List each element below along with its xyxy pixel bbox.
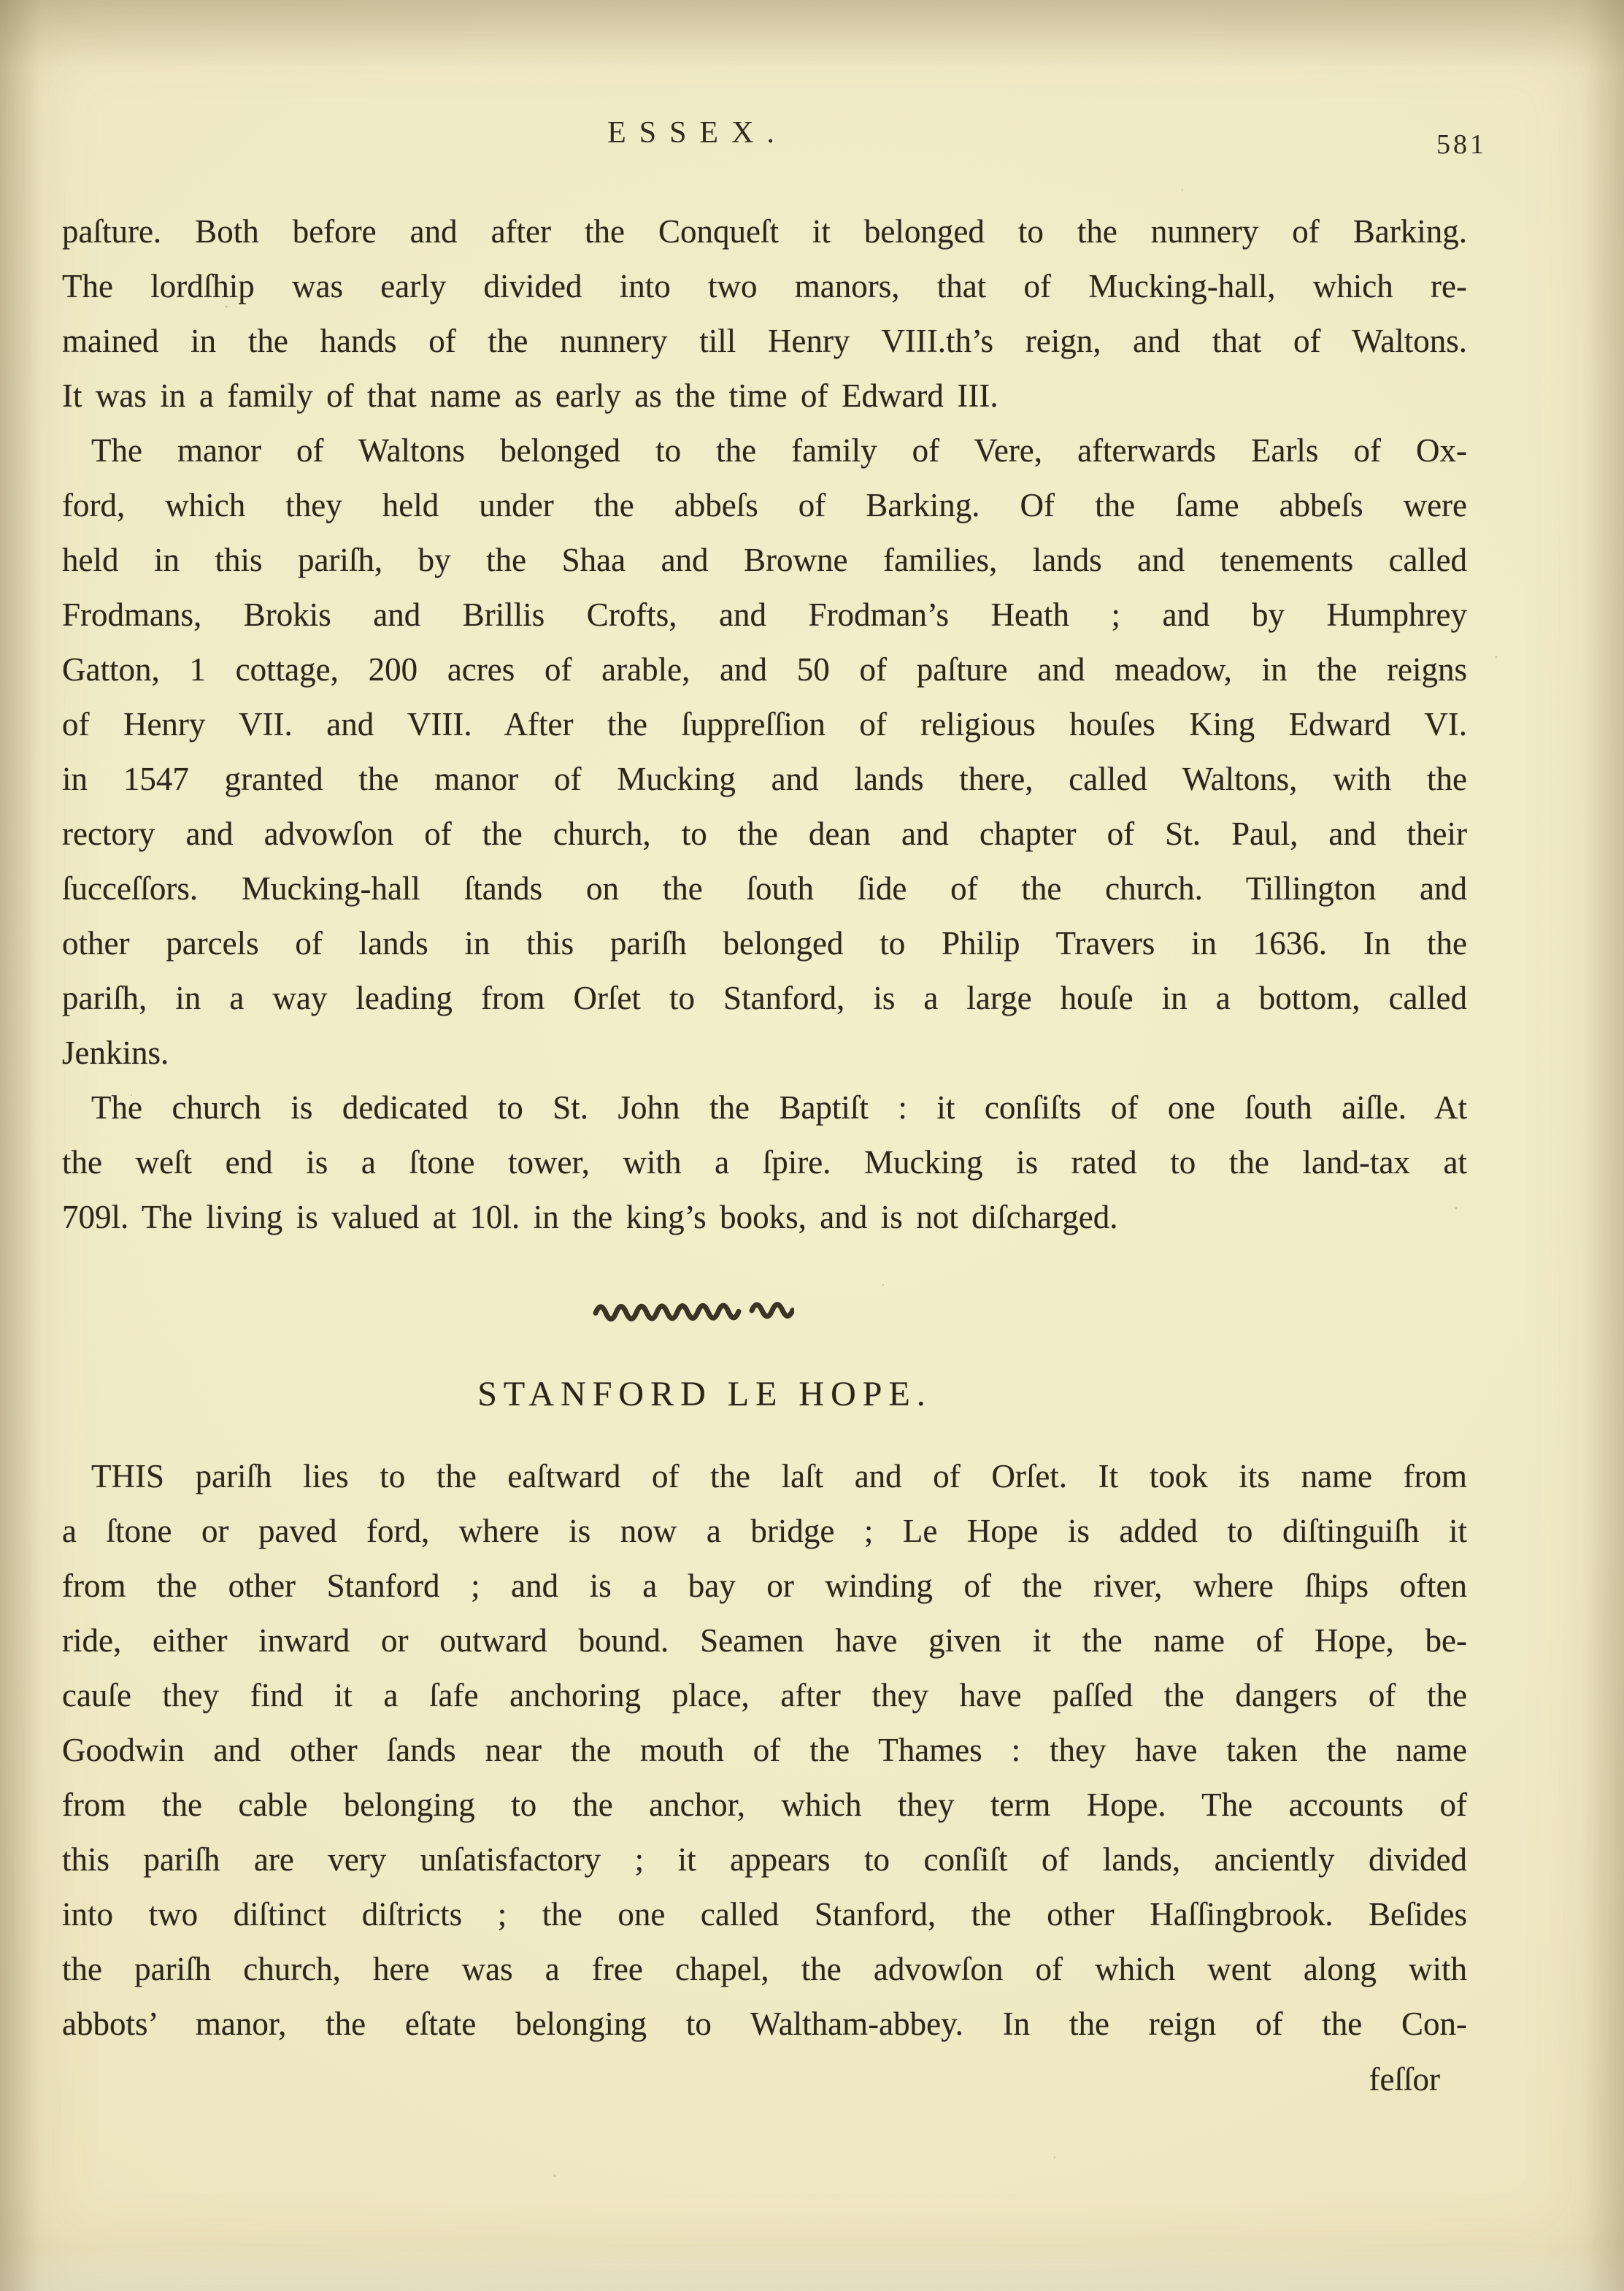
wavy-rule-icon	[593, 1299, 794, 1323]
text-line: of Henry VII. and VIII. After the ſuppre…	[62, 697, 1467, 752]
section-heading: STANFORD LE HOPE.	[2, 1374, 1407, 1414]
text-line: The manor of Waltons belonged to the fam…	[62, 423, 1467, 478]
text-line: this pariſh are very unſatisfactory ; it…	[62, 1833, 1467, 1887]
paragraph: The manor of Waltons belonged to the fam…	[62, 423, 1467, 1081]
text-line: The lordſhip was early divided into two …	[62, 259, 1467, 314]
paragraph: The church is dedicated to St. John the …	[62, 1081, 1467, 1245]
scanned-book-page: ESSEX. 581 paſture. Both before and afte…	[0, 0, 1624, 2291]
running-title: ESSEX.	[0, 115, 1400, 150]
paragraph: THIS pariſh lies to the eaſtward of the …	[62, 1449, 1467, 2052]
body-text-block: paſture. Both before and after the Conqu…	[62, 204, 1467, 1245]
text-line: Frodmans, Brokis and Brillis Crofts, and…	[62, 588, 1467, 642]
text-line: ſucceſſors. Mucking-hall ſtands on the ſ…	[62, 861, 1467, 916]
page-number: 581	[1436, 128, 1487, 161]
text-line: into two diſtinct diſtricts ; the one ca…	[62, 1887, 1467, 1942]
text-line: the weſt end is a ſtone tower, with a ſp…	[62, 1135, 1467, 1190]
text-line: ride, either inward or outward bound. Se…	[62, 1613, 1467, 1668]
text-line: pariſh, in a way leading from Orſet to S…	[62, 971, 1467, 1026]
text-line: The church is dedicated to St. John the …	[62, 1081, 1467, 1135]
running-head: ESSEX.	[62, 115, 1467, 159]
text-line: the pariſh church, here was a free chape…	[62, 1942, 1467, 1997]
text-line: Jenkins.	[62, 1026, 1467, 1081]
text-line: rectory and advowſon of the church, to t…	[62, 807, 1467, 861]
text-line: ford, which they held under the abbeſs o…	[62, 478, 1467, 533]
text-line: abbots’ manor, the eſtate belonging to W…	[62, 1997, 1467, 2052]
text-line: Gatton, 1 cottage, 200 acres of arable, …	[62, 642, 1467, 697]
text-line: from the cable belonging to the anchor, …	[62, 1778, 1467, 1833]
paragraph: paſture. Both before and after the Conqu…	[62, 204, 1467, 423]
text-line: other parcels of lands in this pariſh be…	[62, 916, 1467, 971]
catchword: feſſor	[1369, 2060, 1440, 2098]
text-line: held in this pariſh, by the Shaa and Bro…	[62, 533, 1467, 588]
text-line: mained in the hands of the nunnery till …	[62, 314, 1467, 369]
text-line: cauſe they find it a ſafe anchoring plac…	[62, 1668, 1467, 1723]
wavy-rule-ornament	[593, 1299, 794, 1323]
text-line: paſture. Both before and after the Conqu…	[62, 204, 1467, 259]
text-line: a ſtone or paved ford, where is now a br…	[62, 1504, 1467, 1559]
text-line: 709l. The living is valued at 10l. in th…	[62, 1190, 1467, 1245]
text-line: from the other Stanford ; and is a bay o…	[62, 1559, 1467, 1613]
text-line: Goodwin and other ſands near the mouth o…	[62, 1723, 1467, 1778]
text-line: It was in a family of that name as early…	[62, 369, 1467, 423]
text-line: THIS pariſh lies to the eaſtward of the …	[62, 1449, 1467, 1504]
text-line: in 1547 granted the manor of Mucking and…	[62, 752, 1467, 807]
section-text-block: THIS pariſh lies to the eaſtward of the …	[62, 1449, 1467, 2052]
